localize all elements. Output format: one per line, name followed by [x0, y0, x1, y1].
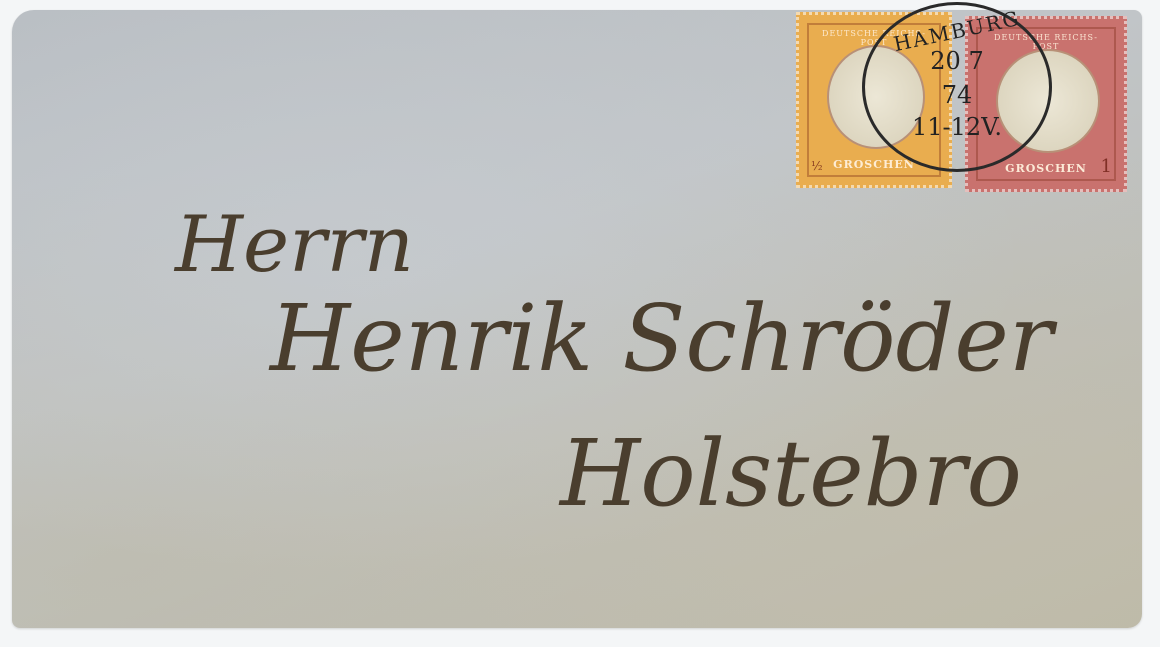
- postmark-date: 20 7: [865, 47, 1049, 75]
- stamp-value-text: GROSCHEN: [982, 162, 1110, 175]
- address-salutation: Herrn: [175, 200, 414, 290]
- address-name: Henrik Schröder: [270, 285, 1053, 392]
- stamp-denomination: 1: [1101, 156, 1112, 177]
- postmark-year: 74: [865, 81, 1049, 109]
- postmark: HAMBURG 20 7 74 11-12V.: [862, 2, 1052, 172]
- address-place: Holstebro: [560, 420, 1022, 527]
- stamp-denomination: ½: [811, 159, 823, 173]
- postmark-time: 11-12V.: [865, 113, 1049, 141]
